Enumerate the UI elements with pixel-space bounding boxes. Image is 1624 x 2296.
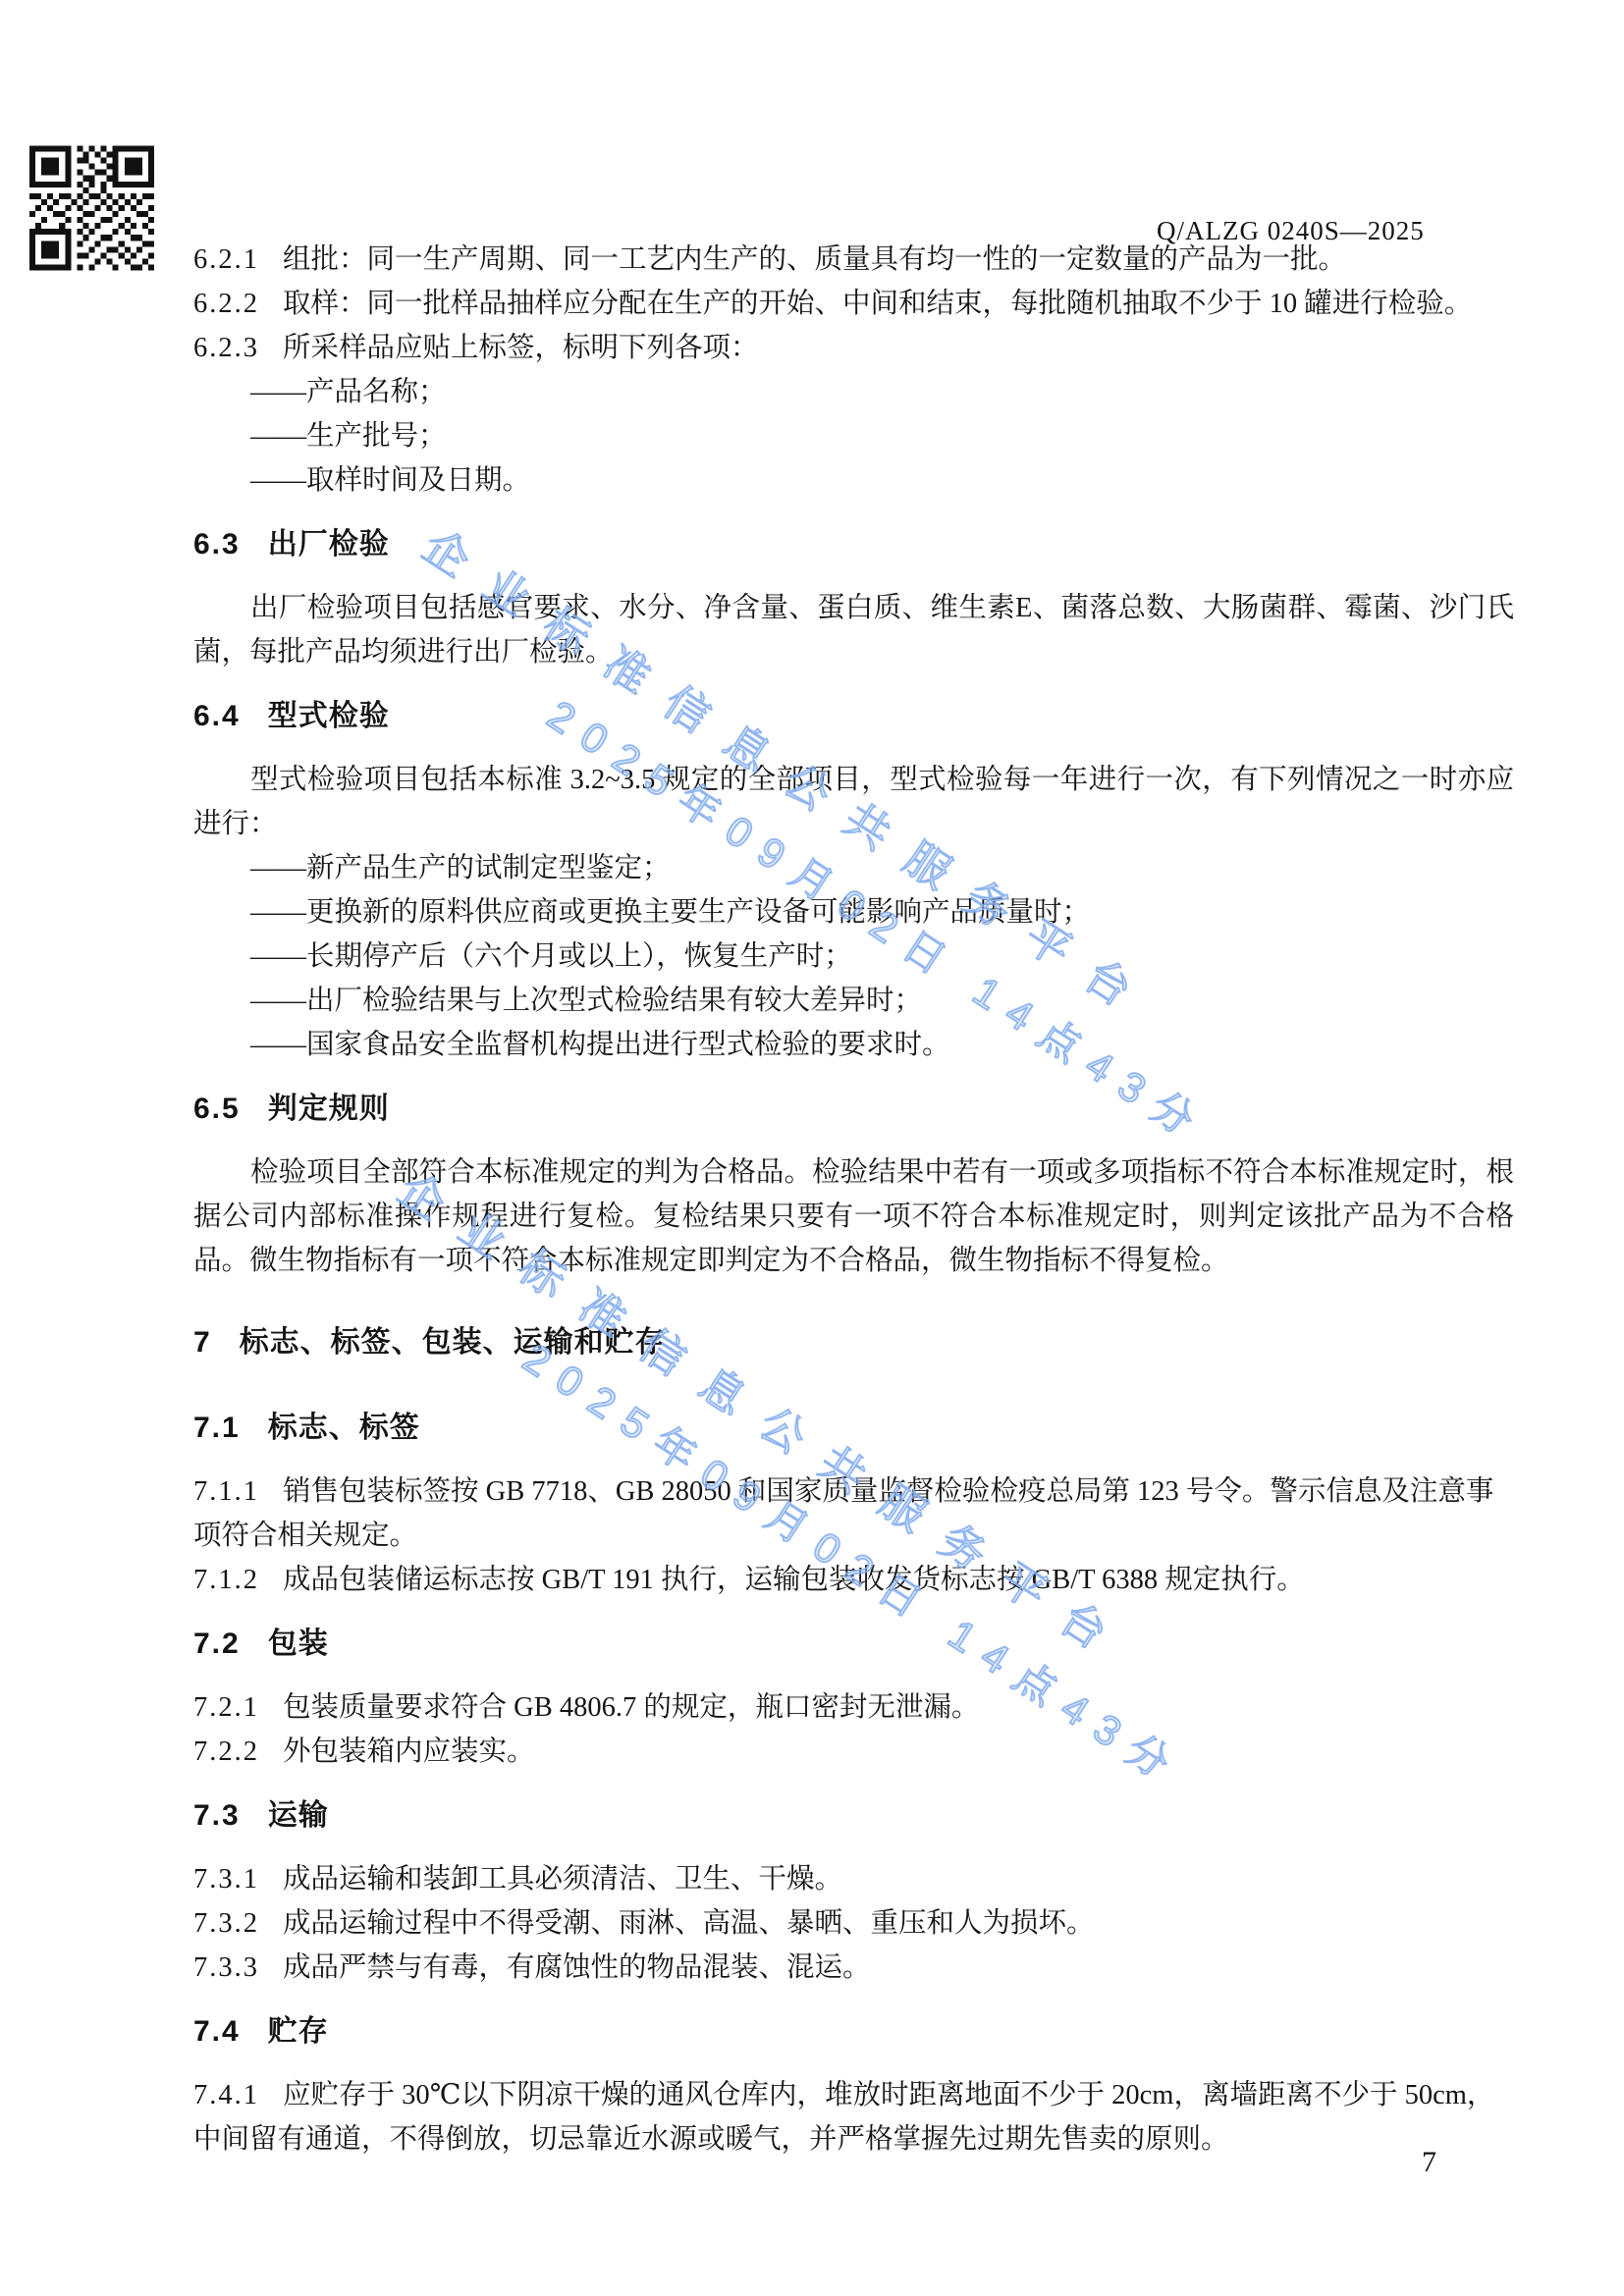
clause-number: 7.1.2 <box>193 1558 259 1602</box>
clause-6.2.3: 6.2.3所采样品应贴上标签，标明下列各项： <box>193 326 1514 370</box>
clause-7.1.1: 7.1.1销售包装标签按 GB 7718、GB 28050 和国家质量监督检验检… <box>193 1469 1514 1558</box>
heading-6.3: 6.3出厂检验 <box>193 522 1514 566</box>
clause-text: 标志、标签、包装、运输和贮存 <box>240 1326 666 1359</box>
clause-number: 7.1 <box>193 1406 241 1450</box>
clause-number: 7.3.3 <box>193 1946 259 1990</box>
clause-number: 6.2.3 <box>193 326 259 370</box>
clause-number: 7 <box>193 1320 212 1364</box>
clause-text: 型式检验 <box>268 700 390 732</box>
clause-number: 6.2.2 <box>193 282 259 326</box>
dash-item: ——长期停产后（六个月或以上），恢复生产时； <box>193 934 1514 979</box>
clause-number: 7.2.2 <box>193 1730 259 1774</box>
clause-7.2.1: 7.2.1包装质量要求符合 GB 4806.7 的规定，瓶口密封无泄漏。 <box>193 1685 1514 1730</box>
dash-item: ——更换新的原料供应商或更换主要生产设备可能影响产品质量时； <box>193 890 1514 934</box>
dash-item: ——国家食品安全监督机构提出进行型式检验的要求时。 <box>193 1023 1514 1067</box>
heading-7.3: 7.3运输 <box>193 1793 1514 1838</box>
clause-number: 7.4 <box>193 2009 241 2054</box>
dash-item: ——取样时间及日期。 <box>193 458 1514 503</box>
dash-item: ——出厂检验结果与上次型式检验结果有较大差异时； <box>193 979 1514 1023</box>
clause-6.2.2: 6.2.2取样：同一批样品抽样应分配在生产的开始、中间和结束，每批随机抽取不少于… <box>193 282 1514 326</box>
clause-text: 标志、标签 <box>268 1412 420 1444</box>
clause-number: 6.2.1 <box>193 238 259 282</box>
heading-6.5: 6.5判定规则 <box>193 1087 1514 1131</box>
clause-text: 包装质量要求符合 GB 4806.7 的规定，瓶口密封无泄漏。 <box>283 1692 979 1723</box>
clause-text: 运输 <box>268 1799 329 1832</box>
clause-7.2.2: 7.2.2外包装箱内应装实。 <box>193 1730 1514 1774</box>
clause-number: 6.4 <box>193 694 241 738</box>
clause-7.3.3: 7.3.3成品严禁与有毒，有腐蚀性的物品混装、混运。 <box>193 1946 1514 1990</box>
clause-7.1.2: 7.1.2成品包装储运标志按 GB/T 191 执行，运输包装收发货标志按 GB… <box>193 1558 1514 1602</box>
clause-text: 成品包装储运标志按 GB/T 191 执行，运输包装收发货标志按 GB/T 63… <box>283 1565 1305 1595</box>
clause-text: 外包装箱内应装实。 <box>283 1736 535 1767</box>
clause-text: 取样：同一批样品抽样应分配在生产的开始、中间和结束，每批随机抽取不少于 10 罐… <box>283 289 1472 319</box>
clause-number: 7.1.1 <box>193 1469 259 1514</box>
paragraph: 型式检验项目包括本标准 3.2~3.5 规定的全部项目，型式检验每一年进行一次，… <box>193 758 1514 846</box>
clause-7.3.2: 7.3.2成品运输过程中不得受潮、雨淋、高温、暴晒、重压和人为损坏。 <box>193 1901 1514 1946</box>
clause-number: 7.4.1 <box>193 2073 259 2117</box>
clause-6.2.1: 6.2.1组批：同一生产周期、同一工艺内生产的、质量具有均一性的一定数量的产品为… <box>193 238 1514 282</box>
clause-text: 所采样品应贴上标签，标明下列各项： <box>283 333 759 363</box>
clause-7.3.1: 7.3.1成品运输和装卸工具必须清洁、卫生、干燥。 <box>193 1857 1514 1901</box>
clause-text: 出厂检验 <box>268 528 390 561</box>
clause-text: 成品运输和装卸工具必须清洁、卫生、干燥。 <box>283 1864 842 1895</box>
clause-number: 6.5 <box>193 1087 241 1131</box>
clause-text: 包装 <box>268 1628 329 1660</box>
heading-7.1: 7.1标志、标签 <box>193 1406 1514 1450</box>
clause-number: 7.3.1 <box>193 1857 259 1901</box>
heading-7.4: 7.4贮存 <box>193 2009 1514 2054</box>
document-content: 6.2.1组批：同一生产周期、同一工艺内生产的、质量具有均一性的一定数量的产品为… <box>193 238 1514 2162</box>
clause-text: 贮存 <box>268 2015 329 2048</box>
clause-text: 成品运输过程中不得受潮、雨淋、高温、暴晒、重压和人为损坏。 <box>283 1908 1095 1939</box>
paragraph: 检验项目全部符合本标准规定的判为合格品。检验结果中若有一项或多项指标不符合本标准… <box>193 1150 1514 1283</box>
clause-text: 销售包装标签按 GB 7718、GB 28050 和国家质量监督检验检疫总局第 … <box>193 1476 1493 1551</box>
clause-number: 6.3 <box>193 522 241 566</box>
clause-text: 组批：同一生产周期、同一工艺内生产的、质量具有均一性的一定数量的产品为一批。 <box>283 244 1346 275</box>
qr-code-icon <box>29 144 154 272</box>
heading-6.4: 6.4型式检验 <box>193 694 1514 738</box>
dash-item: ——生产批号； <box>193 414 1514 458</box>
clause-text: 应贮存于 30℃以下阴凉干燥的通风仓库内，堆放时距离地面不少于 20cm，离墙距… <box>193 2080 1494 2155</box>
chapter-7: 7标志、标签、包装、运输和贮存 <box>193 1320 1514 1364</box>
clause-number: 7.2 <box>193 1622 241 1666</box>
clause-number: 7.3.2 <box>193 1901 259 1946</box>
paragraph: 出厂检验项目包括感官要求、水分、净含量、蛋白质、维生素E、菌落总数、大肠菌群、霉… <box>193 586 1514 674</box>
heading-7.2: 7.2包装 <box>193 1622 1514 1666</box>
clause-text: 判定规则 <box>268 1093 390 1125</box>
clause-number: 7.2.1 <box>193 1685 259 1730</box>
document-page: Q/ALZG 0240S—2025 企业标准信息公共服务平台 2025年09月0… <box>0 0 1624 2296</box>
clause-number: 7.3 <box>193 1793 241 1838</box>
clause-text: 成品严禁与有毒，有腐蚀性的物品混装、混运。 <box>283 1952 871 1983</box>
clause-7.4.1: 7.4.1应贮存于 30℃以下阴凉干燥的通风仓库内，堆放时距离地面不少于 20c… <box>193 2073 1514 2162</box>
dash-item: ——新产品生产的试制定型鉴定； <box>193 846 1514 890</box>
dash-item: ——产品名称； <box>193 370 1514 414</box>
